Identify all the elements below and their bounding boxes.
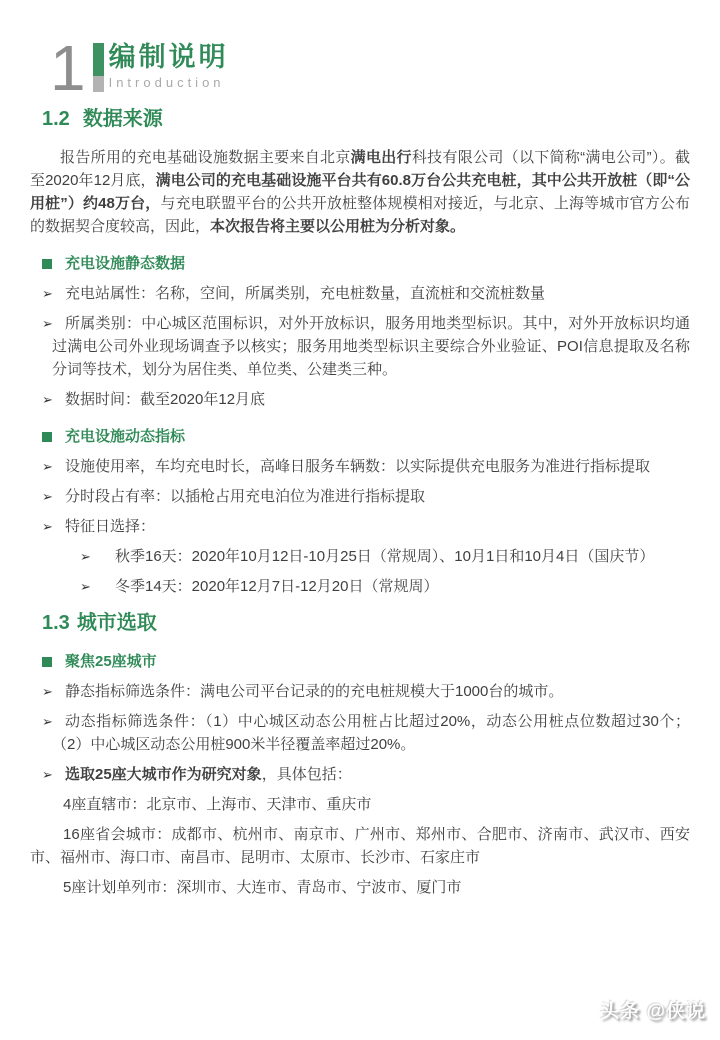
square-bullet-icon [42,259,52,269]
section-number: 1.2 [42,108,70,130]
report-page: { "icons": { "arrow_bullet": "➢" }, "wat… [0,0,720,1040]
list-item-data-time: ➢ 数据时间：截至2020年12月底 [52,388,690,411]
city-list-provincial-capitals: 16座省会城市：成都市、杭州市、南京市、广州市、郑州市、合肥市、济南市、武汉市、… [30,823,690,869]
list-item-text: 冬季14天：2020年12月7日-12月20日（常规周） [115,578,438,595]
list-item-text: 选取25座大城市作为研究对象，具体包括： [65,766,352,783]
chapter-number: 1 [50,40,86,96]
chapter-subtitle: Introduction [109,75,229,91]
intro-run-bold: 本次报告将主要以公用桩为分析对象。 [210,218,465,235]
arrow-bullet-icon: ➢ [42,763,53,786]
list-subitem-winter: ➢ 冬季14天：2020年12月7日-12月20日（常规周） [102,575,690,598]
chapter-header: 1 编制说明 Introduction [50,40,690,98]
list-item-feature-days: ➢ 特征日选择： [52,515,690,538]
list-item-text: 秋季16天：2020年10月12日-10月25日（常规周）、10月1日和10月4… [115,548,654,565]
list-item-text: 充电站属性：名称，空间，所属类别，充电桩数量，直流桩和交流桩数量 [65,285,545,302]
arrow-bullet-icon: ➢ [42,312,53,335]
list-item-text-rest: ，具体包括： [262,766,352,783]
arrow-bullet-icon: ➢ [42,388,53,411]
arrow-bullet-icon: ➢ [42,282,53,305]
watermark: 头条 @侠说 [600,1000,706,1023]
section-title: 城市选取 [77,612,157,634]
list-item-text: 动态指标筛选条件：（1）中心城区动态公用桩占比超过20%，动态公用桩点位数超过3… [52,713,690,753]
arrow-bullet-icon: ➢ [80,575,91,598]
list-item-text: 特征日选择： [65,518,155,535]
list-item-text: 所属类别：中心城区范围标识，对外开放标识，服务用地类型标识。其中，对外开放标识均… [52,315,690,378]
square-bullet-icon [42,432,52,442]
list-item-usage-rate: ➢ 设施使用率，车均充电时长，高峰日服务车辆数：以实际提供充电服务为准进行指标提… [52,455,690,478]
section-number: 1.3 [42,612,70,634]
chapter-bar-icon [93,43,104,92]
chapter-bar-gray-segment [93,76,104,92]
chapter-titles: 编制说明 Introduction [109,40,229,91]
intro-paragraph: 报告所用的充电基础设施数据主要来自北京满电出行科技有限公司（以下简称“满电公司”… [30,146,690,238]
block-heading-focus-cities: 聚焦25座城市 [42,650,690,673]
block-heading-label: 充电设施动态指标 [65,425,185,448]
list-item-text: 分时段占有率：以插枪占用充电泊位为准进行指标提取 [65,488,425,505]
list-item-category: ➢ 所属类别：中心城区范围标识，对外开放标识，服务用地类型标识。其中，对外开放标… [52,312,690,381]
arrow-bullet-icon: ➢ [42,680,53,703]
page-content: 1 编制说明 Introduction 1.2数据来源 报告所用的充电基础设施数… [0,0,720,899]
arrow-bullet-icon: ➢ [80,545,91,568]
block-heading-label: 充电设施静态数据 [65,252,185,275]
block-heading-label: 聚焦25座城市 [65,650,157,673]
intro-run-bold: 满电出行 [351,149,412,166]
list-item-static-filter: ➢ 静态指标筛选条件：满电公司平台记录的的充电桩规模大于1000台的城市。 [52,680,690,703]
square-bullet-icon [42,657,52,667]
list-item-occupancy-rate: ➢ 分时段占有率：以插枪占用充电泊位为准进行指标提取 [52,485,690,508]
city-list-municipalities: 4座直辖市：北京市、上海市、天津市、重庆市 [30,793,690,816]
chapter-bar-green-segment [93,43,104,76]
arrow-bullet-icon: ➢ [42,515,53,538]
block-heading-static-data: 充电设施静态数据 [42,252,690,275]
arrow-bullet-icon: ➢ [42,710,53,733]
section-title: 数据来源 [83,108,163,130]
section-heading-1-3: 1.3城市选取 [42,610,690,636]
list-subitem-autumn: ➢ 秋季16天：2020年10月12日-10月25日（常规周）、10月1日和10… [102,545,690,568]
arrow-bullet-icon: ➢ [42,485,53,508]
list-item-dynamic-filter: ➢ 动态指标筛选条件：（1）中心城区动态公用桩占比超过20%，动态公用桩点位数超… [52,710,690,756]
chapter-title: 编制说明 [109,42,229,73]
block-heading-dynamic-indicators: 充电设施动态指标 [42,425,690,448]
list-item-station-attributes: ➢ 充电站属性：名称，空间，所属类别，充电桩数量，直流桩和交流桩数量 [52,282,690,305]
list-item-text: 数据时间：截至2020年12月底 [65,391,265,408]
list-item-text: 静态指标筛选条件：满电公司平台记录的的充电桩规模大于1000台的城市。 [65,683,563,700]
list-item-text: 设施使用率，车均充电时长，高峰日服务车辆数：以实际提供充电服务为准进行指标提取 [65,458,650,475]
section-heading-1-2: 1.2数据来源 [42,106,690,132]
list-item-selected-cities: ➢ 选取25座大城市作为研究对象，具体包括： [52,763,690,786]
intro-run: 报告所用的充电基础设施数据主要来自北京 [60,149,351,166]
list-item-text-bold: 选取25座大城市作为研究对象 [65,766,262,783]
arrow-bullet-icon: ➢ [42,455,53,478]
city-list-planned-cities: 5座计划单列市：深圳市、大连市、青岛市、宁波市、厦门市 [30,876,690,899]
